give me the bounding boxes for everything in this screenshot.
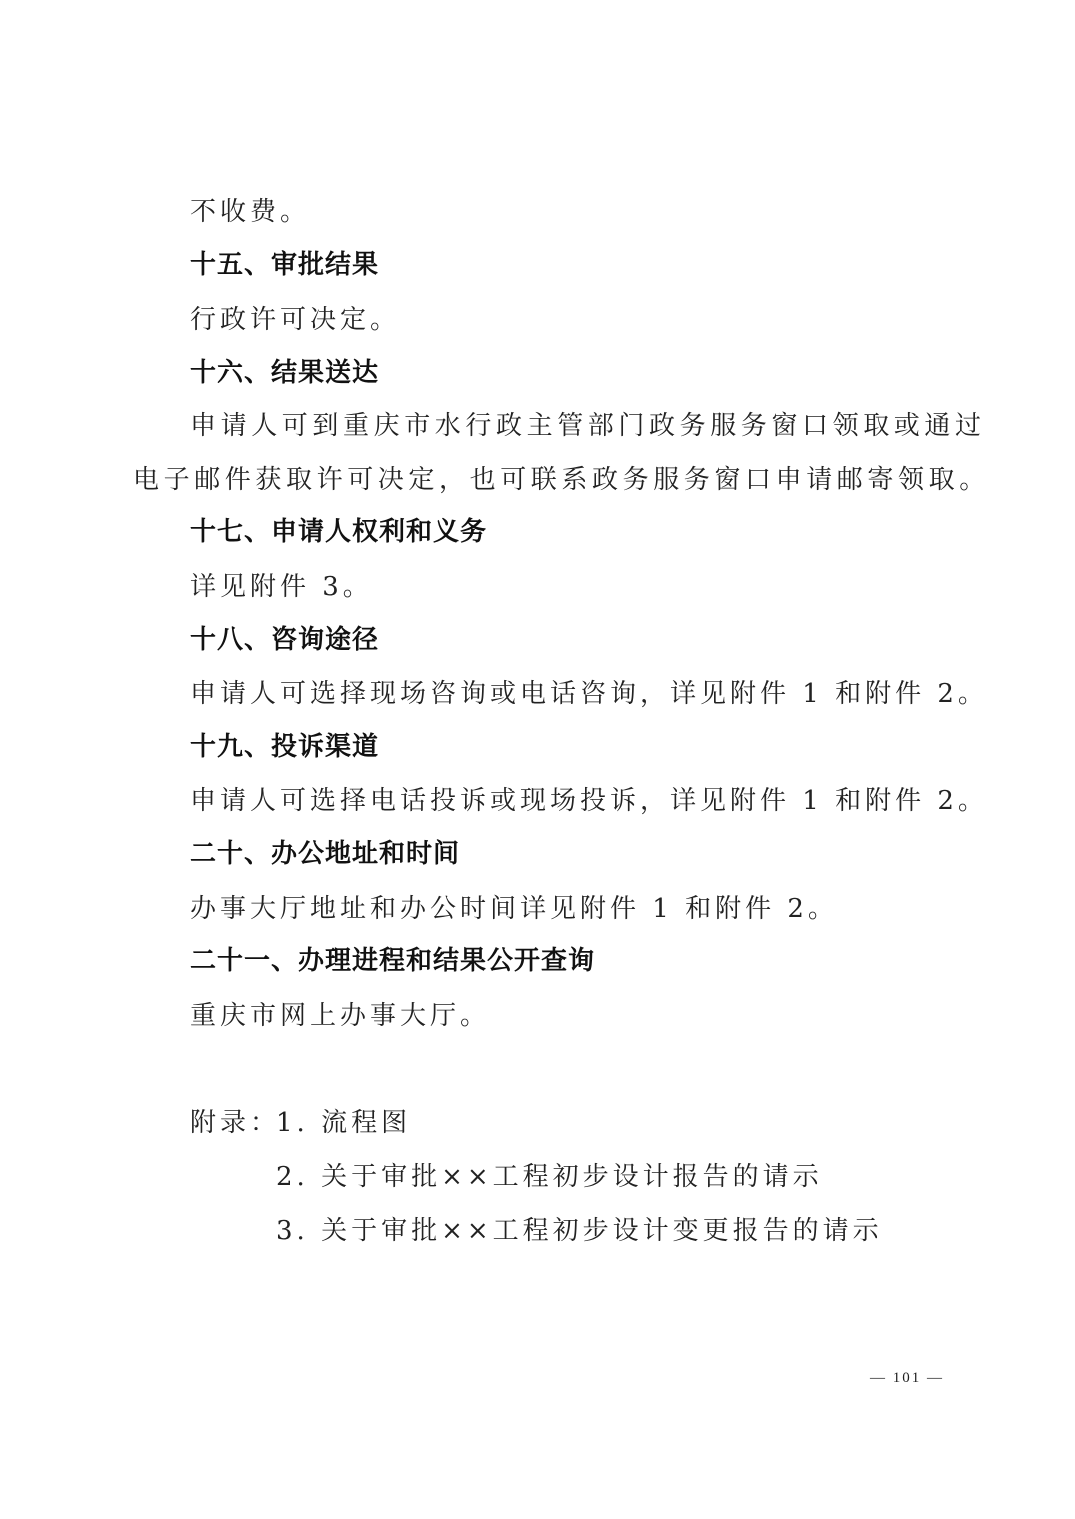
section-body-16-line2: 电子邮件获取许可决定，也可联系政务服务窗口申请邮寄领取。 [133, 464, 990, 496]
section-body-17: 详见附件 3。 [190, 571, 373, 603]
section-heading-19: 十九、投诉渠道 [190, 731, 379, 763]
appendix-item: 1. 流程图 [276, 1107, 411, 1139]
appendix-label: 附录： [190, 1107, 280, 1139]
section-body-15: 行政许可决定。 [190, 304, 400, 336]
section-heading-15: 十五、审批结果 [190, 249, 379, 281]
section-body-16-line1: 申请人可到重庆市水行政主管部门政务服务窗口领取或通过 [190, 410, 986, 442]
section-heading-18: 十八、咨询途径 [190, 624, 379, 656]
appendix-item: 2. 关于审批××工程初步设计报告的请示 [276, 1161, 823, 1193]
section-heading-16: 十六、结果送达 [190, 357, 379, 389]
page-number: — 101 — [870, 1370, 944, 1387]
section-heading-20: 二十、办公地址和时间 [190, 838, 460, 870]
section-heading-21: 二十一、办理进程和结果公开查询 [190, 945, 595, 977]
section-heading-17: 十七、申请人权利和义务 [190, 516, 487, 548]
appendix-item: 3. 关于审批××工程初步设计变更报告的请示 [276, 1215, 883, 1247]
section-body-20: 办事大厅地址和办公时间详见附件 1 和附件 2。 [190, 893, 838, 925]
section-body-19: 申请人可选择电话投诉或现场投诉，详见附件 1 和附件 2。 [190, 785, 988, 817]
section-body-18: 申请人可选择现场咨询或电话咨询，详见附件 1 和附件 2。 [190, 678, 988, 710]
fee-text: 不收费。 [190, 196, 310, 228]
section-body-21: 重庆市网上办事大厅。 [190, 1000, 490, 1032]
